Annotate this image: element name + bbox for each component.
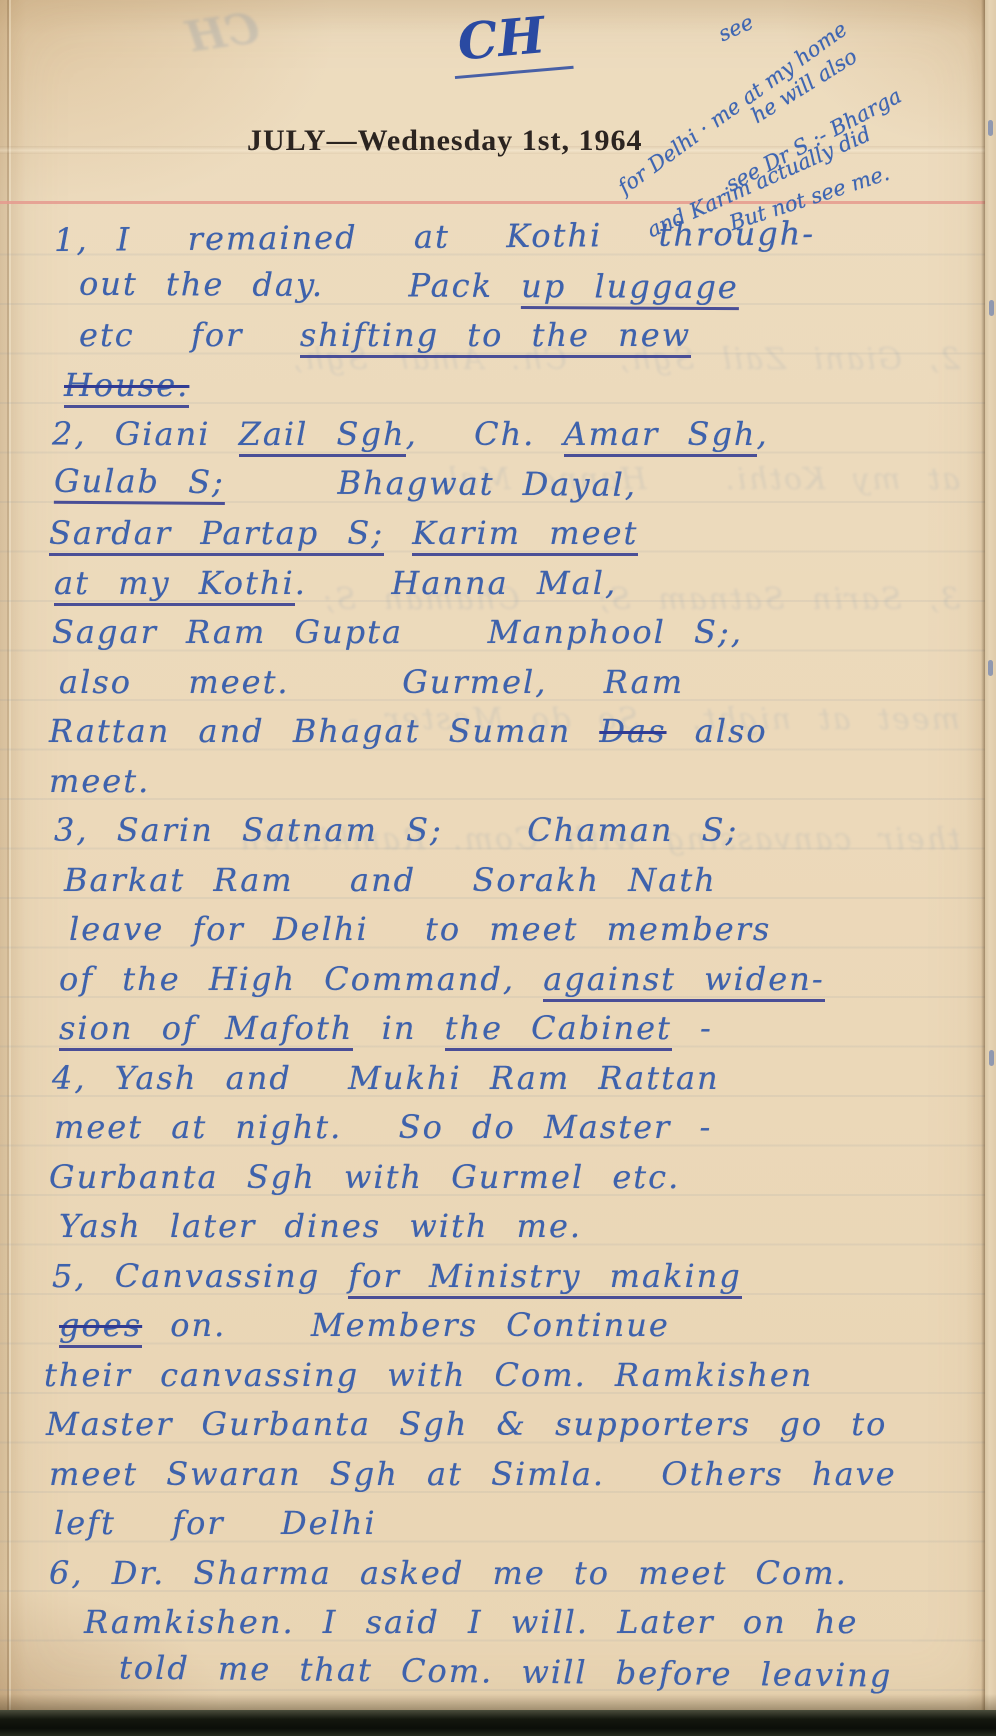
phrase: leave for Delhi to meet members [69, 910, 771, 948]
phrase: Barkat Ram and Sorakh Nath [64, 861, 717, 899]
phrase: of the High Command, [59, 960, 543, 998]
handwritten-monogram: CH [449, 3, 573, 79]
diary-line: 5, Canvassing for Ministry making [52, 1252, 974, 1302]
phrase: 4, Yash and Mukhi Ram Rattan [52, 1059, 720, 1097]
diary-line: out the day. Pack up luggage [79, 259, 974, 313]
diary-line: Sardar Partap S; Karim meet [49, 509, 974, 559]
diary-line: Barkat Ram and Sorakh Nath [64, 856, 974, 906]
phrase: told me that Com. will before leaving [119, 1648, 893, 1694]
underlined-phrase: Sardar Partap S; [49, 514, 384, 556]
diary-line: goes on. Members Continue [59, 1301, 974, 1351]
diary-line: 3, Sarin Satnam S; Chaman S; [54, 806, 974, 856]
book-cover-strip [0, 1710, 996, 1736]
diary-line: Yash later dines with me. [59, 1202, 974, 1252]
diary-line: meet Swaran Sgh at Simla. Others have [49, 1450, 974, 1500]
phrase: , Ch. [406, 415, 564, 453]
diary-line: Rattan and Bhagat Suman Das also [49, 707, 974, 757]
diary-line: 1, I remained at Kothi through- [54, 208, 974, 266]
phrase: 5, Canvassing [52, 1257, 348, 1295]
diary-line: meet at night. So do Master - [54, 1103, 974, 1153]
phrase: their canvassing with Com. Ramkishen [44, 1356, 813, 1394]
phrase: 6, Dr. Sharma asked me to meet Com. [49, 1554, 848, 1592]
underlined-phrase: Amar Sgh [564, 415, 757, 457]
struck-phrase: Das [599, 712, 666, 750]
diary-line: Gulab S; Bhagwat Dayal, [54, 456, 974, 512]
diary-line: at my Kothi. Hanna Mal, [54, 559, 974, 609]
underlined-phrase: Zail Sgh [239, 415, 406, 457]
printed-date-header: JULY—Wednesday 1st, 1964 [247, 124, 642, 158]
diary-line: meet. [49, 757, 974, 807]
phrase [384, 514, 412, 552]
phrase: etc for [79, 316, 300, 354]
diary-line: House. [64, 361, 974, 411]
phrase: Yash later dines with me. [59, 1207, 582, 1245]
phrase: Bhagwat Dayal, [225, 462, 637, 503]
monogram-bleed-icon: CH [183, 3, 262, 62]
phrase: . Hanna Mal, [295, 564, 617, 602]
phrase: Rattan and Bhagat Suman [49, 712, 599, 750]
diary-line: leave for Delhi to meet members [69, 905, 974, 955]
phrase: Master Gurbanta Sgh & supporters go to [46, 1405, 887, 1443]
diagonal-annotation: seefor Delhi · me at my homehe will also… [598, 0, 996, 210]
sliver-ink-mark [988, 120, 993, 136]
sliver-ink-mark [989, 1050, 994, 1066]
diary-line: 6, Dr. Sharma asked me to meet Com. [49, 1549, 974, 1599]
phrase: on. Members Continue [142, 1306, 670, 1344]
phrase: left for Delhi [54, 1504, 377, 1542]
handwritten-entries: 1, I remained at Kothi through-out the d… [24, 212, 974, 1697]
phrase: meet Swaran Sgh at Simla. Others have [49, 1455, 897, 1493]
diary-line: also meet. Gurmel, Ram [59, 658, 974, 708]
underlined-phrase: sion of Mafoth [59, 1009, 353, 1051]
diary-line: Gurbanta Sgh with Gurmel etc. [49, 1153, 974, 1203]
underlined-phrase: up luggage [521, 266, 739, 309]
diary-line: their canvassing with Com. Ramkishen [44, 1351, 974, 1401]
diary-line: Master Gurbanta Sgh & supporters go to [46, 1400, 974, 1450]
sliver-ink-mark [989, 300, 994, 316]
next-page-sliver [985, 0, 996, 1712]
diary-line: left for Delhi [54, 1499, 974, 1549]
annotation-line: see [715, 10, 757, 46]
phrase: Gurbanta Sgh with Gurmel etc. [49, 1158, 680, 1196]
diary-line: 2, Giani Zail Sgh, Ch. Amar Sgh, [52, 410, 974, 460]
phrase: - [672, 1009, 713, 1047]
underlined-phrase: for Ministry making [348, 1257, 741, 1299]
diary-page-scan: 2, Giani Zail Sgh, Ch. Amar Sgh,at my Ko… [0, 0, 996, 1736]
phrase: meet at night. So do Master - [54, 1108, 712, 1146]
phrase: Ramkishen. I said I will. Later on he [84, 1603, 858, 1641]
diary-line: of the High Command, against widen- [59, 955, 974, 1005]
phrase: 3, Sarin Satnam S; Chaman S; [54, 811, 738, 849]
diary-line: sion of Mafoth in the Cabinet - [59, 1004, 974, 1054]
diary-line: etc for shifting to the new [79, 311, 974, 361]
underlined-phrase: Karim meet [412, 514, 638, 556]
underlined-phrase: House. [64, 366, 189, 408]
phrase: Sagar Ram Gupta Manphool S;, [52, 613, 743, 651]
underlined-phrase: the Cabinet [445, 1009, 672, 1051]
diary-line: Sagar Ram Gupta Manphool S;, [52, 608, 974, 658]
phrase: meet. [49, 762, 150, 800]
paper-page: 2, Giani Zail Sgh, Ch. Amar Sgh,at my Ko… [0, 0, 996, 1712]
underlined-phrase: goes [59, 1306, 142, 1348]
underlined-phrase: against widen- [543, 960, 824, 1002]
underlined-phrase: at my Kothi [54, 564, 295, 606]
phrase: , [757, 415, 769, 453]
phrase: in [353, 1009, 444, 1047]
phrase: 1, I remained at Kothi through- [54, 214, 815, 259]
diary-line: 4, Yash and Mukhi Ram Rattan [52, 1054, 974, 1104]
underlined-phrase: Gulab S; [54, 461, 225, 504]
sliver-ink-mark [988, 660, 993, 676]
phrase: 2, Giani [52, 415, 239, 453]
phrase: out the day. Pack [79, 264, 521, 304]
phrase: also meet. Gurmel, Ram [59, 663, 684, 701]
diary-line: Ramkishen. I said I will. Later on he [84, 1598, 974, 1648]
phrase: also [667, 712, 768, 750]
diary-line: told me that Com. will before leaving [119, 1643, 974, 1701]
underlined-phrase: shifting to the new [300, 316, 691, 358]
